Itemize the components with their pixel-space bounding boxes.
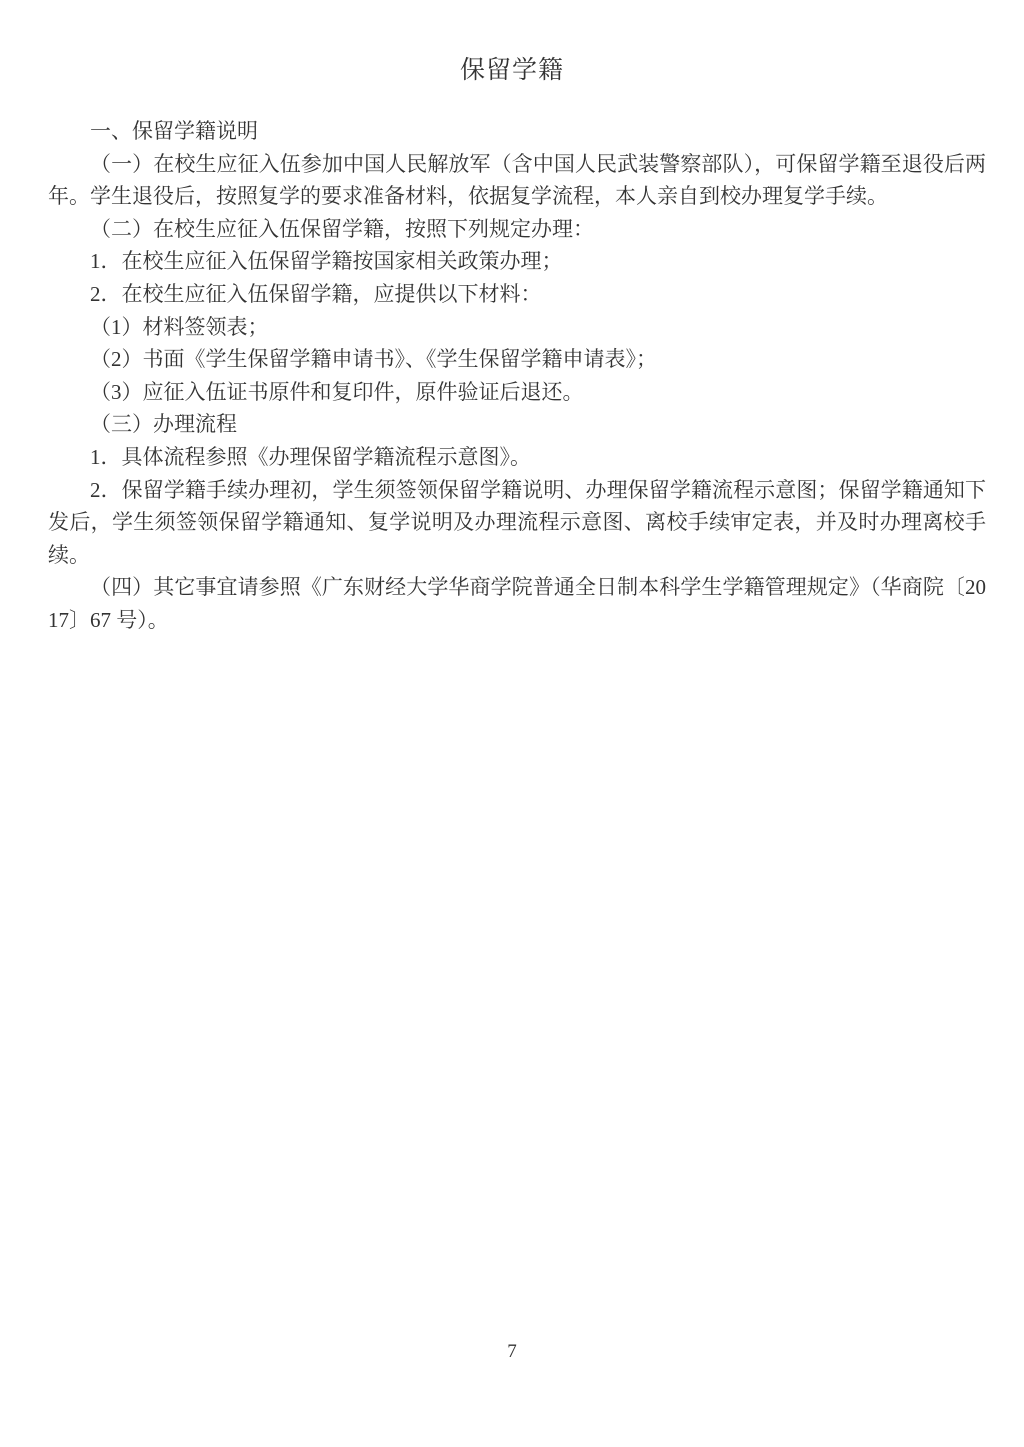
- paragraph-item-2-sub-1: 1．在校生应征入伍保留学籍按国家相关政策办理；: [48, 245, 986, 278]
- paragraph-item-4: （四）其它事宜请参照《广东财经大学华商学院普通全日制本科学生学籍管理规定》（华商…: [48, 571, 986, 636]
- paragraph-item-2-sub-2: 2．在校生应征入伍保留学籍，应提供以下材料：: [48, 278, 986, 311]
- paragraph-item-1: （一）在校生应征入伍参加中国人民解放军（含中国人民武装警察部队），可保留学籍至退…: [48, 148, 986, 213]
- paragraph-item-3-sub-1: 1．具体流程参照《办理保留学籍流程示意图》。: [48, 441, 986, 474]
- paragraph-material-2: （2）书面《学生保留学籍申请书》、《学生保留学籍申请表》；: [48, 343, 986, 376]
- document-body: 一、保留学籍说明 （一）在校生应征入伍参加中国人民解放军（含中国人民武装警察部队…: [48, 115, 986, 637]
- page-number: 7: [0, 1341, 1024, 1363]
- paragraph-item-3-sub-2: 2．保留学籍手续办理初，学生须签领保留学籍说明、办理保留学籍流程示意图；保留学籍…: [48, 474, 986, 572]
- paragraph-item-3: （三）办理流程: [48, 408, 986, 441]
- document-title: 保留学籍: [0, 0, 1024, 88]
- paragraph-section-heading: 一、保留学籍说明: [48, 115, 986, 148]
- document-page: 保留学籍 一、保留学籍说明 （一）在校生应征入伍参加中国人民解放军（含中国人民武…: [0, 0, 1024, 1447]
- paragraph-material-3: （3）应征入伍证书原件和复印件，原件验证后退还。: [48, 376, 986, 409]
- paragraph-item-2: （二）在校生应征入伍保留学籍，按照下列规定办理：: [48, 213, 986, 246]
- paragraph-material-1: （1）材料签领表；: [48, 311, 986, 344]
